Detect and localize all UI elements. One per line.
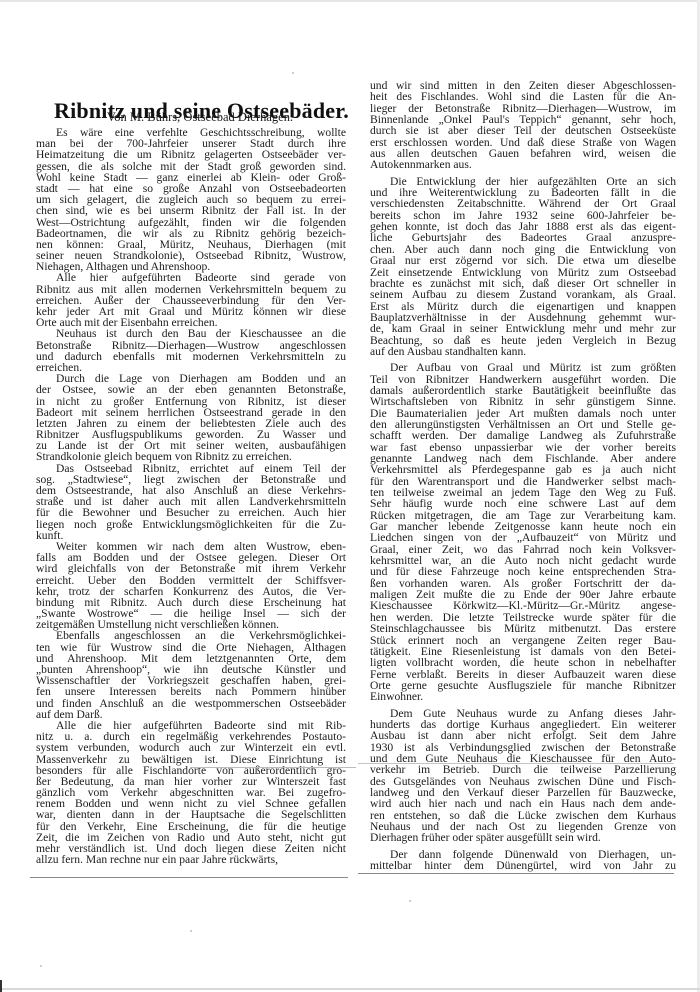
- text-line: in nicht zu großer Entfernung von Ribnit…: [36, 396, 346, 407]
- left-text-column: Es wäre eine verfehlte Geschichtsschreib…: [36, 127, 346, 865]
- text-line: Ausbau ist dann aber nicht erfolgt. Seit…: [370, 730, 676, 741]
- text-line: Neuhaus ist durch den Bau der Kieschauss…: [36, 328, 346, 339]
- text-line: Einwohner.: [370, 691, 676, 702]
- text-line: ligten vollbracht worden, die heute scho…: [370, 657, 676, 668]
- text-line: liegen noch große Entwicklungsmöglichkei…: [36, 519, 346, 530]
- text-line: system verbunden, wodurch auch zur Winte…: [36, 742, 346, 753]
- text-line: Massenverkehr zu bewältigen ist. Diese E…: [36, 754, 346, 765]
- left-column-bottom-rule: [30, 877, 348, 878]
- text-line: fen unsere Interessen bereits nach Pomme…: [36, 686, 346, 697]
- left-column-fold-line: [190, 767, 356, 768]
- text-line: heit des Fischlandes. Wohl sind die Last…: [370, 91, 676, 102]
- text-line: wird gleichfalls von der Betonstraße mit…: [36, 563, 346, 574]
- text-line: Heimatzeitung die um Ribnitz gelagerten …: [36, 149, 346, 160]
- text-line: Ebenfalls angeschlossen an die Verkehrsm…: [36, 630, 346, 641]
- right-text-column: und wir sind mitten in den Zeiten dieser…: [370, 80, 676, 871]
- text-line: schafft werden. Der damalige Landweg als…: [370, 430, 676, 441]
- text-line: Wirtschaftsleben von Ribnitz in sehr gün…: [370, 396, 676, 407]
- text-line: Alle hier aufgeführten Badeorte sind ger…: [36, 272, 346, 283]
- text-line: erreicht. Ueber den Bodden vermittelt de…: [36, 575, 346, 586]
- text-line: West—Ostrichtung aufgezählt, finden wir …: [36, 217, 346, 228]
- text-line: Strandkolonie gleich bequem von Ribnitz …: [36, 451, 346, 462]
- text-line: war, dienten dann in der Hauptsache die …: [36, 809, 346, 820]
- text-line: Autokennmarken aus.: [370, 159, 676, 170]
- text-line: Der Aufbau von Graal und Müritz ist zum …: [370, 362, 676, 373]
- text-line: der Ostsee, sowie an der eben genannten …: [36, 384, 346, 395]
- paper-speck: [409, 900, 411, 902]
- page-top-edge: [0, 0, 700, 2]
- paper-speck: [190, 930, 192, 932]
- text-line: Dierhagen früher oder später ausgefüllt …: [370, 832, 676, 843]
- right-column-fold-line: [358, 763, 674, 764]
- text-line: Graal nur erst zögernd vor sich. Die etw…: [370, 255, 676, 266]
- text-line: verkehr im Betrieb. Durch die teilweise …: [370, 764, 676, 775]
- article-byline: Von M. Bührs, Ostseebad Dierhagen.: [60, 110, 340, 125]
- text-line: auf den Ausbau standhalten kann.: [370, 346, 676, 357]
- right-column-bottom-rule: [358, 873, 674, 874]
- text-line: wird auch hier nach und nach ein Haus na…: [370, 798, 676, 809]
- text-line: chen sind, wie es bei unserm Ribnitz der…: [36, 205, 346, 216]
- paper-speck: [292, 72, 294, 74]
- text-line: allzu fern. Man rechne nur ein paar Jahr…: [36, 854, 346, 865]
- text-line: Steinschlagchaussee bis Müritz mitbenutz…: [370, 623, 676, 634]
- text-line: Verkehrsmittel als Pferdegespanne gab es…: [370, 464, 676, 475]
- paper-speck: [40, 965, 42, 967]
- page-bottom-edge: [0, 988, 700, 990]
- text-line: und dadurch ebenfalls mit modernen Verke…: [36, 351, 346, 362]
- page-corner-mark: [0, 980, 2, 992]
- text-line: mittelbar hinter dem Dünengürtel, wird v…: [370, 860, 676, 871]
- text-line: de, kam Graal in seiner Entwicklung mehr…: [370, 323, 676, 334]
- text-line: seinem Aufbau zu diesem Zustand vorankam…: [370, 289, 676, 300]
- text-line: für die Bewohner und Besucher zu erreich…: [36, 507, 346, 518]
